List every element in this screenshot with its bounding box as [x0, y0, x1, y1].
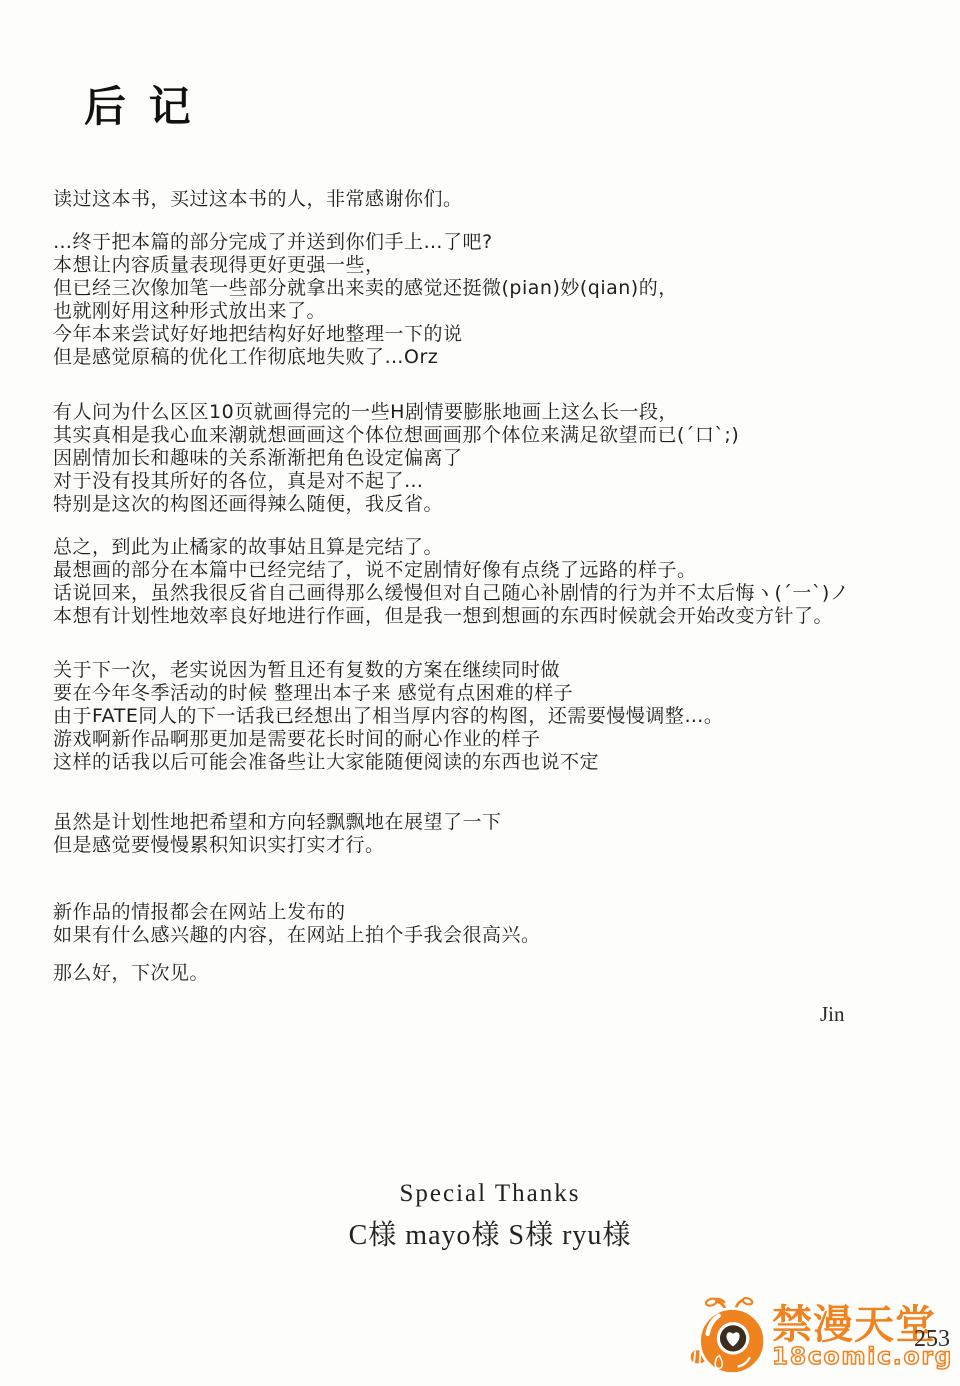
paragraph: …终于把本篇的部分完成了并送到你们手上…了吧? 本想让内容质量表现得更好更强一些… — [53, 231, 913, 369]
text-line: 总之，到此为止橘家的故事姑且算是完结了。 — [53, 536, 913, 559]
paragraph: 总之，到此为止橘家的故事姑且算是完结了。 最想画的部分在本篇中已经完结了，说不定… — [53, 536, 913, 628]
author-signature: Jin — [820, 1002, 845, 1027]
text-line: 这样的话我以后可能会准备些让大家能随便阅读的东西也说不定 — [53, 751, 913, 774]
text-line: 本想让内容质量表现得更好更强一些， — [53, 254, 913, 277]
text-line: 特别是这次的构图还画得辣么随便，我反省。 — [53, 493, 913, 516]
paragraph: 新作品的情报都会在网站上发布的 如果有什么感兴趣的内容，在网站上拍个手我会很高兴… — [53, 901, 913, 947]
text-line: 话说回来，虽然我很反省自己画得那么缓慢但对自己随心补剧情的行为并不太后悔ヽ(´一… — [53, 582, 913, 605]
paragraph: 虽然是计划性地把希望和方向轻飘飘地在展望了一下 但是感觉要慢慢累积知识实打实才行… — [53, 811, 913, 857]
text-line: 由于FATE同人的下一话我已经想出了相当厚内容的构图，还需要慢慢调整…。 — [53, 705, 913, 728]
text-line: 但是感觉原稿的优化工作彻底地失败了…Orz — [53, 346, 913, 369]
text-line: 今年本来尝试好好地把结构好好地整理一下的说 — [53, 323, 913, 346]
text-line: …终于把本篇的部分完成了并送到你们手上…了吧? — [53, 231, 913, 254]
text-line: 最想画的部分在本篇中已经完结了，说不定剧情好像有点绕了远路的样子。 — [53, 559, 913, 582]
text-line: 也就刚好用这种形式放出来了。 — [53, 300, 913, 323]
text-line: 本想有计划性地效率良好地进行作画，但是我一想到想画的东西时候就会开始改变方针了。 — [53, 605, 913, 628]
special-thanks-names: C様 mayo様 S様 ryu様 — [0, 1213, 960, 1253]
paragraph: 那么好，下次见。 — [53, 962, 913, 985]
text-line: 要在今年冬季活动的时候 整理出本子来 感觉有点困难的样子 — [53, 682, 913, 705]
afterword-page: 后 记 读过这本书，买过这本书的人，非常感谢你们。 …终于把本篇的部分完成了并送… — [0, 0, 960, 1386]
text-line: 如果有什么感兴趣的内容，在网站上拍个手我会很高兴。 — [53, 924, 913, 947]
text-line: 因剧情加长和趣味的关系渐渐把角色设定偏离了 — [53, 447, 913, 470]
special-thanks-title: Special Thanks — [0, 1180, 960, 1208]
paragraph: 有人问为什么区区10页就画得完的一些H剧情要膨胀地画上这么长一段， 其实真相是我… — [53, 401, 913, 516]
text-line: 关于下一次，老实说因为暂且还有复数的方案在继续同时做 — [53, 659, 913, 682]
text-line: 那么好，下次见。 — [53, 962, 913, 985]
text-line: 游戏啊新作品啊那更加是需要花长时间的耐心作业的样子 — [53, 728, 913, 751]
text-line: 有人问为什么区区10页就画得完的一些H剧情要膨胀地画上这么长一段， — [53, 401, 913, 424]
text-line: 其实真相是我心血来潮就想画画这个体位想画画那个体位来满足欲望而已(´口`;) — [53, 424, 913, 447]
text-line: 对于没有投其所好的各位，真是对不起了… — [53, 470, 913, 493]
page-title: 后 记 — [84, 74, 195, 134]
text-line: 读过这本书，买过这本书的人，非常感谢你们。 — [53, 188, 913, 211]
whale-mascot-icon — [686, 1294, 772, 1380]
text-line: 虽然是计划性地把希望和方向轻飘飘地在展望了一下 — [53, 811, 913, 834]
text-line: 但已经三次像加笔一些部分就拿出来卖的感觉还挺微(pian)妙(qian)的， — [53, 277, 913, 300]
text-line: 新作品的情报都会在网站上发布的 — [53, 901, 913, 924]
page-number: 253 — [914, 1326, 950, 1353]
paragraph: 读过这本书，买过这本书的人，非常感谢你们。 — [53, 188, 913, 211]
afterword-body: 读过这本书，买过这本书的人，非常感谢你们。 …终于把本篇的部分完成了并送到你们手… — [53, 188, 913, 985]
text-line: 但是感觉要慢慢累积知识实打实才行。 — [53, 834, 913, 857]
paragraph: 关于下一次，老实说因为暂且还有复数的方案在继续同时做 要在今年冬季活动的时候 整… — [53, 659, 913, 774]
special-thanks-block: Special Thanks C様 mayo様 S様 ryu様 — [0, 1180, 960, 1253]
